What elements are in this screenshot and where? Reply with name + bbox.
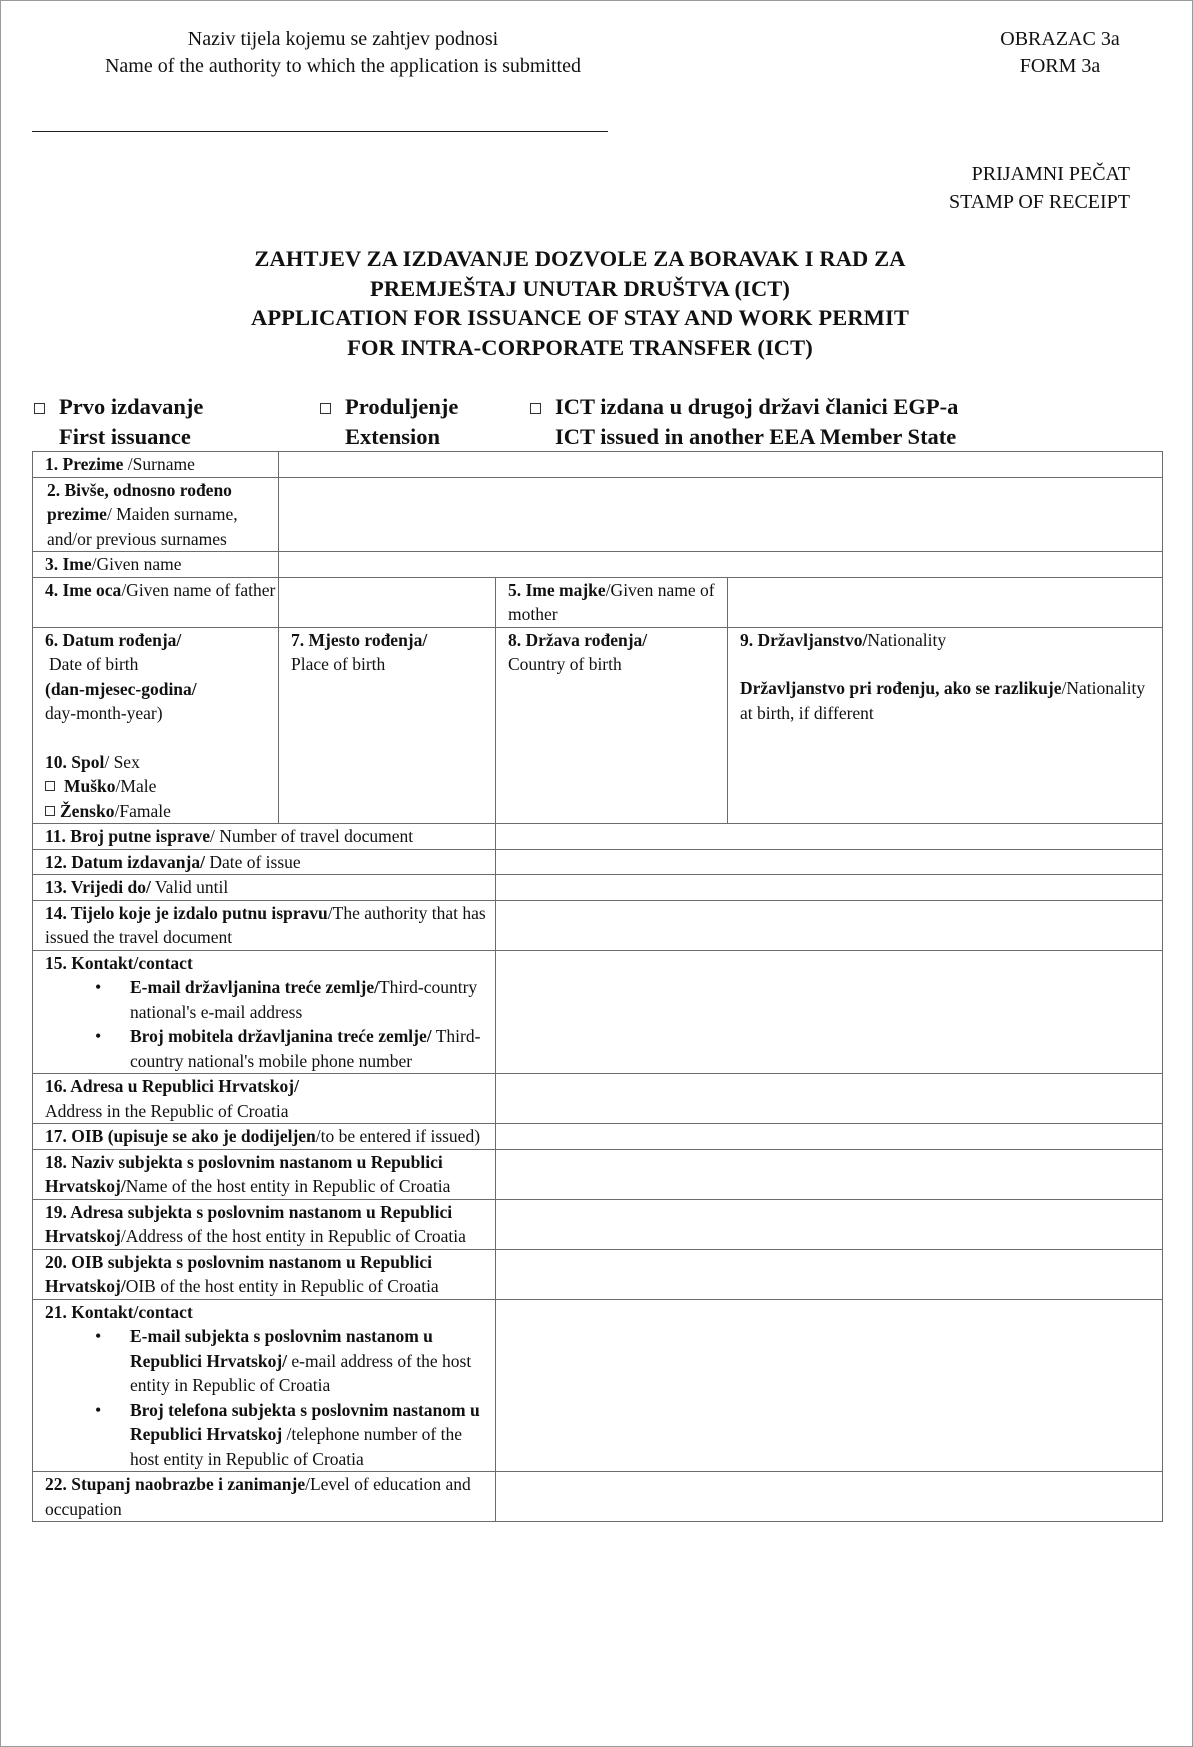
input-education-occupation[interactable] xyxy=(496,1472,1163,1522)
cell-country-of-birth[interactable]: 8. Država rođenja/Country of birth xyxy=(496,627,728,824)
title-line-4: FOR INTRA-CORPORATE TRANSFER (ICT) xyxy=(150,333,1010,363)
row-valid-until: 13. Vrijedi do/ Valid until xyxy=(33,875,1163,901)
contact-item-email: E-mail državljanina treće zemlje/Third-c… xyxy=(45,975,495,1024)
input-maiden-surname[interactable] xyxy=(279,477,1163,552)
row-contact: 15. Kontakt/contact E-mail državljanina … xyxy=(33,950,1163,1074)
option-label-hr: ICT izdana u drugoj državi članici EGP-a xyxy=(555,392,958,422)
option-label-hr: Prvo izdavanje xyxy=(59,392,203,422)
row-host-entity-name: 18. Naziv subjekta s poslovnim nastanom … xyxy=(33,1149,1163,1199)
row-surname: 1. Prezime /Surname xyxy=(33,452,1163,478)
option-female[interactable]: Žensko/Famale xyxy=(45,799,278,824)
title-line-3: APPLICATION FOR ISSUANCE OF STAY AND WOR… xyxy=(150,303,1010,333)
form-code-hr: OBRAZAC 3a xyxy=(975,26,1145,53)
authority-label-hr: Naziv tijela kojemu se zahtjev podnosi xyxy=(58,26,628,53)
contact-list: E-mail državljanina treće zemlje/Third-c… xyxy=(45,975,495,1073)
host-contact-item-phone: Broj telefona subjekta s poslovnim nasta… xyxy=(45,1398,495,1472)
input-host-entity-address[interactable] xyxy=(496,1199,1163,1249)
host-contact-list: E-mail subjekta s poslovnim nastanom u R… xyxy=(45,1324,495,1471)
stamp-of-receipt: PRIJAMNI PEČAT STAMP OF RECEIPT xyxy=(949,160,1130,216)
input-oib[interactable] xyxy=(496,1124,1163,1150)
label-host-contact: 21. Kontakt/contact E-mail subjekta s po… xyxy=(33,1299,496,1472)
input-father-name[interactable] xyxy=(279,577,496,627)
row-education-occupation: 22. Stupanj naobrazbe i zanimanje/Level … xyxy=(33,1472,1163,1522)
cell-nationality[interactable]: 9. Državljanstvo/Nationality Državljanst… xyxy=(728,627,1163,824)
application-type-options: Prvo izdavanje First issuance Produljenj… xyxy=(0,392,1193,452)
input-given-name[interactable] xyxy=(279,552,1163,578)
label-sex: 10. Spol/ Sex xyxy=(45,750,278,775)
form-title: ZAHTJEV ZA IZDAVANJE DOZVOLE ZA BORAVAK … xyxy=(150,244,1010,362)
contact-item-mobile: Broj mobitela državljanina treće zemlje/… xyxy=(45,1024,495,1073)
option-extension[interactable]: Produljenje Extension xyxy=(320,392,458,452)
host-contact-item-email: E-mail subjekta s poslovnim nastanom u R… xyxy=(45,1324,495,1398)
checkbox-icon[interactable] xyxy=(530,403,541,414)
cell-place-of-birth[interactable]: 7. Mjesto rođenja/Place of birth xyxy=(279,627,496,824)
input-host-entity-oib[interactable] xyxy=(496,1249,1163,1299)
label-father-name: 4. Ime oca/Given name of father xyxy=(33,577,279,627)
label-maiden-surname: 2. Bivše, odnosno rođeno prezime/ Maiden… xyxy=(33,477,279,552)
checkbox-icon[interactable] xyxy=(45,781,55,791)
label-oib: 17. OIB (upisuje se ako je dodijeljen/to… xyxy=(33,1124,496,1150)
option-first-issuance[interactable]: Prvo izdavanje First issuance xyxy=(34,392,203,452)
input-travel-doc-number[interactable] xyxy=(496,824,1163,850)
label-valid-until: 13. Vrijedi do/ Valid until xyxy=(33,875,496,901)
option-label-en: ICT issued in another EEA Member State xyxy=(555,422,958,452)
title-line-1: ZAHTJEV ZA IZDAVANJE DOZVOLE ZA BORAVAK … xyxy=(150,244,1010,274)
label-education-occupation: 22. Stupanj naobrazbe i zanimanje/Level … xyxy=(33,1472,496,1522)
checkbox-icon[interactable] xyxy=(34,403,45,414)
label-address-croatia: 16. Adresa u Republici Hrvatskoj/Address… xyxy=(33,1074,496,1124)
label-nationality: 9. Državljanstvo/Nationality xyxy=(740,628,1162,653)
row-issuing-authority: 14. Tijelo koje je izdalo putnu ispravu/… xyxy=(33,900,1163,950)
row-host-contact: 21. Kontakt/contact E-mail subjekta s po… xyxy=(33,1299,1163,1472)
stamp-label-hr: PRIJAMNI PEČAT xyxy=(949,160,1130,188)
form-code: OBRAZAC 3a FORM 3a xyxy=(975,26,1145,80)
row-host-entity-oib: 20. OIB subjekta s poslovnim nastanom u … xyxy=(33,1249,1163,1299)
row-host-entity-address: 19. Adresa subjekta s poslovnim nastanom… xyxy=(33,1199,1163,1249)
input-mother-name[interactable] xyxy=(728,577,1163,627)
row-maiden-surname: 2. Bivše, odnosno rođeno prezime/ Maiden… xyxy=(33,477,1163,552)
cell-date-of-birth-and-sex[interactable]: 6. Datum rođenja/ Date of birth (dan-mje… xyxy=(33,627,279,824)
row-travel-doc-number: 11. Broj putne isprave/ Number of travel… xyxy=(33,824,1163,850)
label-contact: 15. Kontakt/contact E-mail državljanina … xyxy=(33,950,496,1074)
input-surname[interactable] xyxy=(279,452,1163,478)
label-mother-name: 5. Ime majke/Given name of mother xyxy=(496,577,728,627)
checkbox-icon[interactable] xyxy=(320,403,331,414)
label-issuing-authority: 14. Tijelo koje je izdalo putnu ispravu/… xyxy=(33,900,496,950)
input-issuing-authority[interactable] xyxy=(496,900,1163,950)
label-host-entity-oib: 20. OIB subjekta s poslovnim nastanom u … xyxy=(33,1249,496,1299)
label-nationality-at-birth: Državljanstvo pri rođenju, ako se razlik… xyxy=(740,676,1162,725)
row-birth-details: 6. Datum rođenja/ Date of birth (dan-mje… xyxy=(33,627,1163,824)
option-label-en: First issuance xyxy=(59,422,203,452)
row-given-name: 3. Ime/Given name xyxy=(33,552,1163,578)
row-date-of-issue: 12. Datum izdavanja/ Date of issue xyxy=(33,849,1163,875)
title-line-2: PREMJEŠTAJ UNUTAR DRUŠTVA (ICT) xyxy=(150,274,1010,304)
label-date-of-issue: 12. Datum izdavanja/ Date of issue xyxy=(33,849,496,875)
authority-label-en: Name of the authority to which the appli… xyxy=(58,53,628,80)
input-contact[interactable] xyxy=(496,950,1163,1074)
label-host-entity-address: 19. Adresa subjekta s poslovnim nastanom… xyxy=(33,1199,496,1249)
row-oib: 17. OIB (upisuje se ako je dodijeljen/to… xyxy=(33,1124,1163,1150)
option-label-en: Extension xyxy=(345,422,458,452)
application-form-table: 1. Prezime /Surname 2. Bivše, odnosno ro… xyxy=(32,451,1163,1522)
label-travel-doc-number: 11. Broj putne isprave/ Number of travel… xyxy=(33,824,496,850)
input-date-of-issue[interactable] xyxy=(496,849,1163,875)
option-ict-eea[interactable]: ICT izdana u drugoj državi članici EGP-a… xyxy=(530,392,958,452)
label-host-entity-name: 18. Naziv subjekta s poslovnim nastanom … xyxy=(33,1149,496,1199)
checkbox-icon[interactable] xyxy=(45,806,55,816)
input-host-contact[interactable] xyxy=(496,1299,1163,1472)
label-surname: 1. Prezime /Surname xyxy=(33,452,279,478)
input-valid-until[interactable] xyxy=(496,875,1163,901)
row-parents: 4. Ime oca/Given name of father 5. Ime m… xyxy=(33,577,1163,627)
input-address-croatia[interactable] xyxy=(496,1074,1163,1124)
authority-label: Naziv tijela kojemu se zahtjev podnosi N… xyxy=(58,26,628,80)
option-label-hr: Produljenje xyxy=(345,392,458,422)
label-date-of-birth: 6. Datum rođenja/ Date of birth (dan-mje… xyxy=(45,628,278,726)
row-address-croatia: 16. Adresa u Republici Hrvatskoj/Address… xyxy=(33,1074,1163,1124)
option-male[interactable]: Muško/Male xyxy=(45,774,278,799)
authority-input-line[interactable] xyxy=(32,131,608,132)
label-given-name: 3. Ime/Given name xyxy=(33,552,279,578)
stamp-label-en: STAMP OF RECEIPT xyxy=(949,188,1130,216)
input-host-entity-name[interactable] xyxy=(496,1149,1163,1199)
form-code-en: FORM 3a xyxy=(975,53,1145,80)
